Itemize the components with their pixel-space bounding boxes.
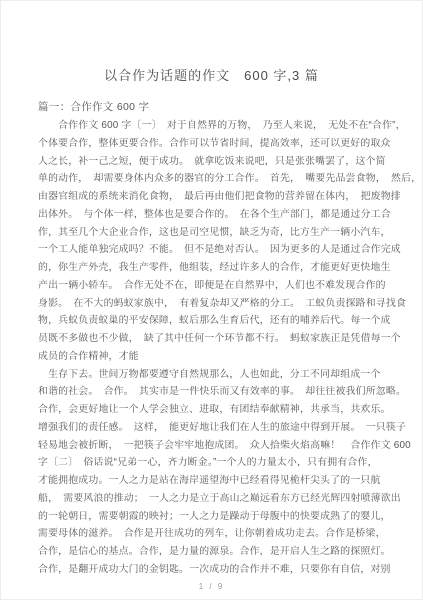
text-line: 人之长，补一己之短，便于成功。 就拿吃饭来说吧，只是张张嘴罢了，这个简 <box>38 153 419 171</box>
text-line: 单的动作， 却需要身体内众多的器官的分工合作。 首先， 嘴要先品尝食物， 然后， <box>38 170 419 188</box>
text-line: 合作，会更好地让一个人学会独立、进取，有团结奉献精神，共承当，共欢乐。 <box>38 401 419 419</box>
text-line: 身影。 在不大的蚂蚁家族中， 有着复杂却又严格的分工。 工蚁负责探路和寻找食 <box>38 295 419 313</box>
text-line: 合作作文 600 字〔一〕 对于自然界的万物， 乃至人来说， 无处不在“合作”， <box>38 117 419 135</box>
text-line: 字〔二〕 俗话说“兄弟一心，齐力断金。”一个人的力量太小，只有拥有合作， <box>38 454 419 472</box>
document-title: 以合作为话题的作文 600 字,3 篇 <box>0 65 423 84</box>
text-line: 一个工人能单独完成吗？不能。 但不是绝对否认。 因为更多的人是通过合作完成 <box>38 241 419 259</box>
text-line: 增强我们的责任感。 这样， 能更好地让我们在人生的旅途中得到开展。 一只筷子 <box>38 419 419 437</box>
text-line: 由器官组成的系统来消化食物， 最后再由他们把食物的营养留在体内， 把废物排 <box>38 188 419 206</box>
text-line: 才能拥抱成功。一人之力是站在海岸遥望海中已经看得见桅杆尖头了的一只航 <box>38 472 419 490</box>
document-body: 合作作文 600 字〔一〕 对于自然界的万物， 乃至人来说， 无处不在“合作”，… <box>38 117 419 579</box>
document-page: 以合作为话题的作文 600 字,3 篇 篇一：合作作文 600 字 合作作文 6… <box>0 0 423 600</box>
text-line: 轻易地会被折断， 一把筷子会牢牢地抱成团。 众人拾柴火焰高嘛！ 合作作文 600 <box>38 437 419 455</box>
text-line: 物，兵蚁负责蚁巢的平安保障，蚁后那么生育后代，还有的哺养后代。每一个成 <box>38 312 419 330</box>
text-line: 船， 需要风浪的推动； 一人之力是立于高山之巅远看东方已经光辉四射喷薄欲出 <box>38 490 419 508</box>
text-line: 生存下去。世间万物都要遵守自然规那么，人也如此，分工不同却组成一个 <box>38 366 419 384</box>
text-line: 成员的合作精神，才能 <box>38 348 419 366</box>
text-line: 的，你生产外壳，我生产零件，他组装，经过许多人的合作，才能更好更快地生 <box>38 259 419 277</box>
text-line: 合作，是信心的基点。合作，是力量的源泉。合作，是开启人生之路的探照灯。 <box>38 543 419 561</box>
text-line: 的一轮朝日，需要朝霞的映衬；一人之力是躁动于母腹中的快要成熟了的婴儿， <box>38 508 419 526</box>
text-line: 作，其至几个大企业合作，这也是司空见惯，缺乏为奇，比方生产一辆小汽车， <box>38 224 419 242</box>
page-indicator: 1 / 9 <box>199 582 225 591</box>
section-heading: 篇一：合作作文 600 字 <box>38 99 149 114</box>
text-line: 员既不多做也不少做， 缺了其中任何一个环节都不行。 蚂蚁家族正是凭借每一个 <box>38 330 419 348</box>
text-line: 产出一辆小轿车。 合作无处不在，即便是在自然界中，人们也不难发现合作的 <box>38 277 419 295</box>
text-line: 需要母体的滋养。 合作是开往成功的列车，让你朝着成功走去。合作是桥梁， <box>38 525 419 543</box>
text-line: 出体外。 与个体一样，整体也是要合作的。 在各个生产部门，都是通过分工合 <box>38 206 419 224</box>
text-line: 个体要合作，整体更要合作。合作可以节省时间，提高效率，还可以更好的取众 <box>38 135 419 153</box>
page-footer: 1 / 9 <box>0 576 423 594</box>
text-line: 和谐的社会。 合作。 其实市是一件快乐而又有效率的事。 却往往被我们所忽略。 <box>38 383 419 401</box>
